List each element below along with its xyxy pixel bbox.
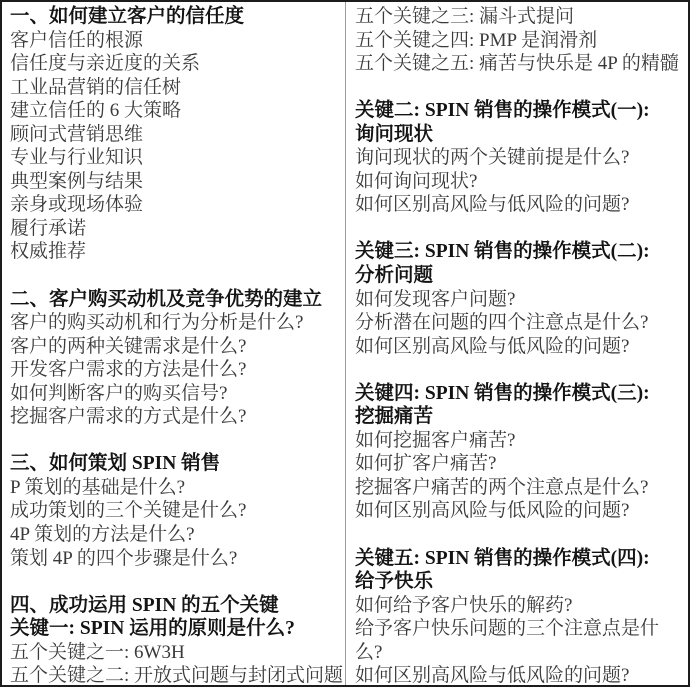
spacer-line — [355, 358, 684, 382]
outline-item: 如何区别高风险与低风险的问题? — [355, 335, 684, 359]
section-heading: 分析问题 — [355, 264, 684, 288]
outline-item: 么? — [355, 641, 684, 665]
outline-column-left: 一、如何建立客户的信任度客户信任的根源信任度与亲近度的关系工业品营销的信任树建立… — [2, 2, 345, 685]
outline-item: 履行承诺 — [10, 217, 341, 241]
outline-item: 如何扩客户痛苦? — [355, 452, 684, 476]
outline-column-right: 五个关键之三: 漏斗式提问五个关键之四: PMP 是润滑剂五个关键之五: 痛苦与… — [346, 2, 688, 685]
outline-item: 亲身或现场体验 — [10, 193, 341, 217]
outline-item: 如何区别高风险与低风险的问题? — [355, 664, 684, 685]
spacer-line — [355, 523, 684, 547]
outline-item: 五个关键之五: 痛苦与快乐是 4P 的精髓 — [355, 52, 684, 76]
outline-item: 成功策划的三个关键是什么? — [10, 499, 341, 523]
outline-item: 客户信任的根源 — [10, 29, 341, 53]
outline-item: 典型案例与结果 — [10, 170, 341, 194]
outline-item: 开发客户需求的方法是什么? — [10, 358, 341, 382]
outline-item: 如何发现客户问题? — [355, 288, 684, 312]
spacer-line — [10, 429, 341, 453]
outline-item: 五个关键之一: 6W3H — [10, 641, 341, 665]
outline-item: 挖掘客户痛苦的两个注意点是什么? — [355, 476, 684, 500]
outline-item: 五个关键之二: 开放式问题与封闭式问题 — [10, 664, 341, 685]
section-heading: 关键五: SPIN 销售的操作模式(四): — [355, 547, 684, 571]
outline-item: 如何给予客户快乐的解药? — [355, 594, 684, 618]
outline-item: 分析潜在问题的四个注意点是什么? — [355, 311, 684, 335]
section-heading: 关键四: SPIN 销售的操作模式(三): — [355, 382, 684, 406]
outline-item: 如何区别高风险与低风险的问题? — [355, 193, 684, 217]
section-heading: 三、如何策划 SPIN 销售 — [10, 452, 341, 476]
section-heading: 给予快乐 — [355, 570, 684, 594]
outline-item: 顾问式营销思维 — [10, 123, 341, 147]
outline-page: 一、如何建立客户的信任度客户信任的根源信任度与亲近度的关系工业品营销的信任树建立… — [0, 0, 690, 687]
outline-item: 五个关键之三: 漏斗式提问 — [355, 5, 684, 29]
outline-item: 如何判断客户的购买信号? — [10, 382, 341, 406]
section-heading: 一、如何建立客户的信任度 — [10, 5, 341, 29]
spacer-line — [355, 76, 684, 100]
outline-item: 挖掘客户需求的方式是什么? — [10, 405, 341, 429]
section-heading: 关键二: SPIN 销售的操作模式(一): — [355, 99, 684, 123]
outline-item: 客户的两种关键需求是什么? — [10, 335, 341, 359]
section-heading: 关键三: SPIN 销售的操作模式(二): — [355, 240, 684, 264]
outline-item: 如何询问现状? — [355, 170, 684, 194]
outline-item: 权威推荐 — [10, 240, 341, 264]
outline-item: 信任度与亲近度的关系 — [10, 52, 341, 76]
outline-item: 工业品营销的信任树 — [10, 76, 341, 100]
outline-item: 策划 4P 的四个步骤是什么? — [10, 547, 341, 571]
outline-item: 4P 策划的方法是什么? — [10, 523, 341, 547]
outline-item: 询问现状的两个关键前提是什么? — [355, 146, 684, 170]
spacer-line — [10, 570, 341, 594]
spacer-line — [10, 264, 341, 288]
spacer-line — [355, 217, 684, 241]
section-heading: 关键一: SPIN 运用的原则是什么? — [10, 617, 341, 641]
section-heading: 二、客户购买动机及竞争优势的建立 — [10, 288, 341, 312]
outline-item: 建立信任的 6 大策略 — [10, 99, 341, 123]
outline-item: 如何挖掘客户痛苦? — [355, 429, 684, 453]
outline-item: 客户的购买动机和行为分析是什么? — [10, 311, 341, 335]
outline-item: 五个关键之四: PMP 是润滑剂 — [355, 29, 684, 53]
section-heading: 挖掘痛苦 — [355, 405, 684, 429]
outline-item: 专业与行业知识 — [10, 146, 341, 170]
outline-item: 给予客户快乐问题的三个注意点是什 — [355, 617, 684, 641]
outline-item: 如何区别高风险与低风险的问题? — [355, 499, 684, 523]
outline-item: P 策划的基础是什么? — [10, 476, 341, 500]
section-heading: 询问现状 — [355, 123, 684, 147]
section-heading: 四、成功运用 SPIN 的五个关键 — [10, 594, 341, 618]
